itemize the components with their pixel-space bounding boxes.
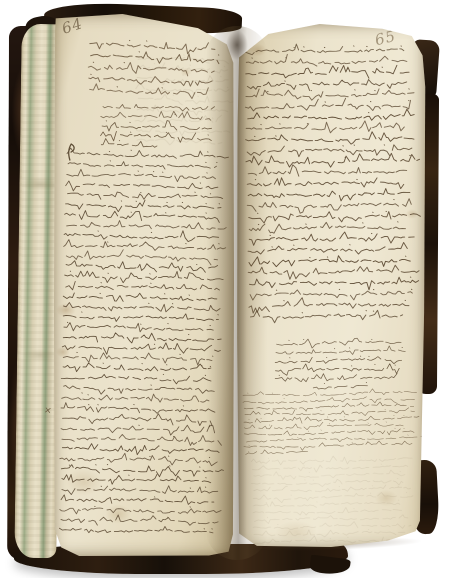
leather-flap [309,555,351,577]
right-page: 65 [236,24,426,548]
manuscript-photo: 64 65 × [0,0,450,578]
right-page-handwriting [236,24,426,548]
margin-mark: × [43,406,52,417]
left-page-handwriting [54,14,234,556]
left-page: 64 [54,14,234,556]
